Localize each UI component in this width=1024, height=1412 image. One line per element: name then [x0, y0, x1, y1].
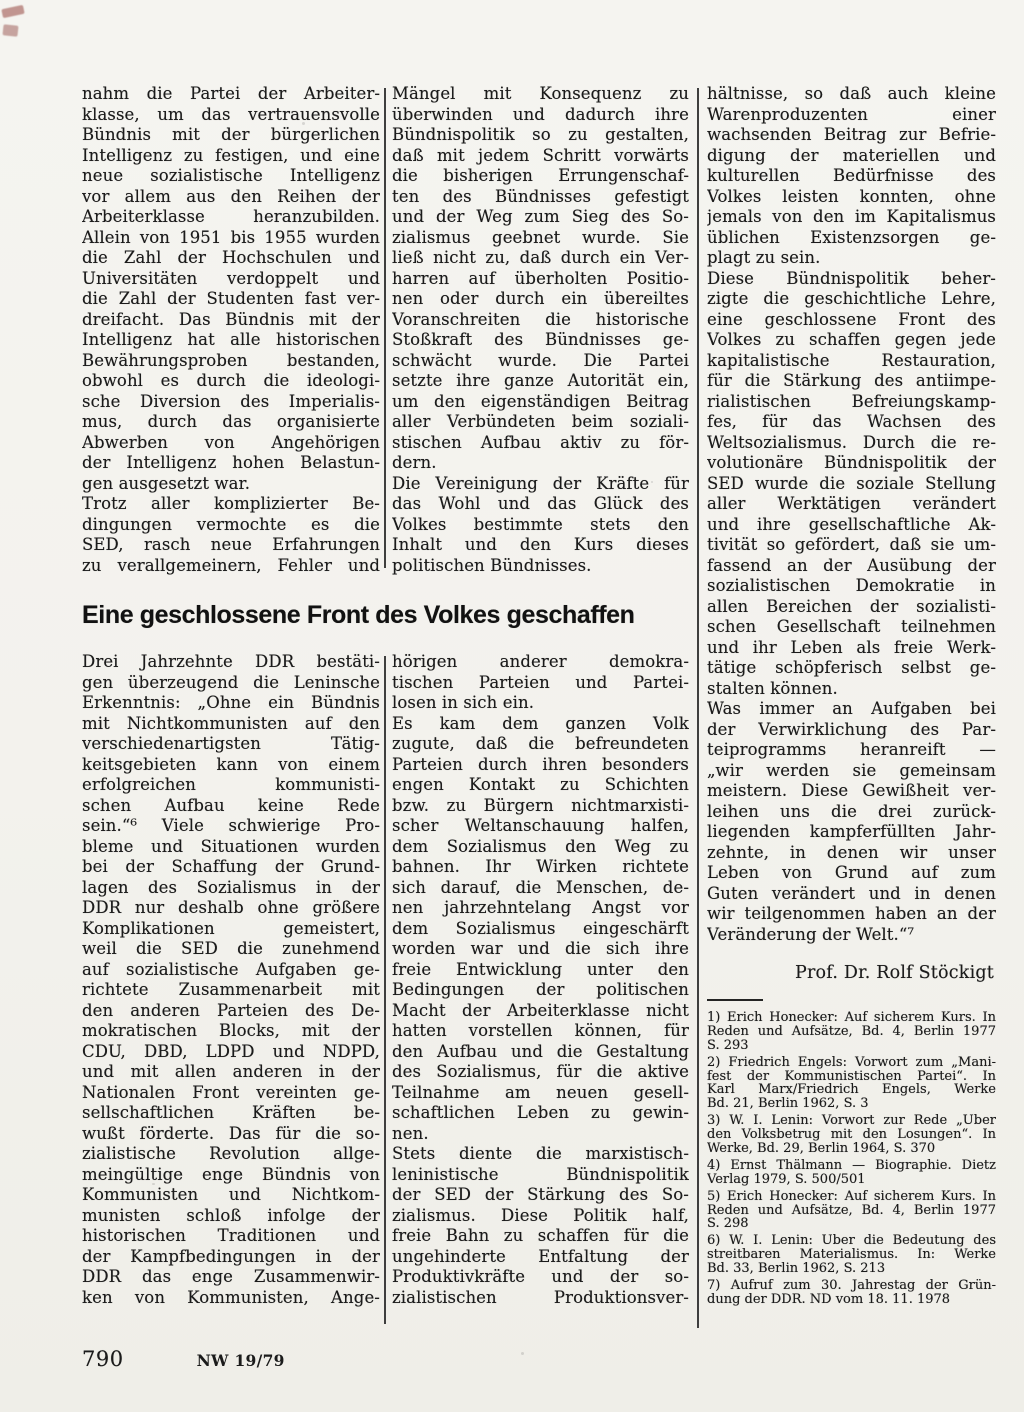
text-line: 1) Erich Honecker: Auf sicherem Kurs. In	[707, 1011, 996, 1025]
text-line: vor allem aus den Reihen der	[82, 187, 380, 208]
text-line: Die Vereinigung der Kräfte für	[392, 474, 689, 495]
text-line: Produktivkräfte und der so-	[392, 1267, 689, 1288]
text-line: freie Bahn zu schaffen für die	[392, 1226, 689, 1247]
text-line: um den eigenständigen Beitrag	[392, 392, 689, 413]
text-line: 2) Friedrich Engels: Vorwort zum „Mani-	[707, 1056, 996, 1070]
text-line: tischen Parteien und Partei-	[392, 673, 689, 694]
paragraph: Drei Jahrzehnte DDR bestäti-gen überzeug…	[82, 652, 380, 1308]
text-line: mokratischen Blocks, mit der	[82, 1021, 380, 1042]
text-line: 7) Aufruf zum 30. Jahrestag der Grün-	[707, 1279, 996, 1293]
text-line: Voranschreiten die historische	[392, 310, 689, 331]
text-line: nahm die Partei der Arbeiter-	[82, 84, 380, 105]
text-line: die bisherigen Errungenschaf-	[392, 166, 689, 187]
text-line: wir teilgenommen haben an der	[707, 904, 996, 925]
text-line: des Sozialismus, für die aktive	[392, 1062, 689, 1083]
text-line: volutionäre Bündnispolitik der	[707, 453, 996, 474]
text-line: nen.	[392, 1124, 689, 1145]
paragraph: 3) W. I. Lenin: Vorwort zur Rede „Überde…	[707, 1114, 996, 1156]
text-line: stalten können.	[707, 679, 996, 700]
text-line: ließ nicht zu, daß durch ein Ver-	[392, 248, 689, 269]
text-line: Komplikationen gemeistert,	[82, 919, 380, 940]
right-text-column: hältnisse, so daß auch kleineWarenproduz…	[707, 84, 996, 1307]
text-line: leihen uns die drei zurück-	[707, 802, 996, 823]
text-line: bei der Schaffung der Grund-	[82, 857, 380, 878]
text-line: Bd. 21, Berlin 1962, S. 3	[707, 1097, 996, 1111]
text-line: Abwerben von Angehörigen	[82, 433, 380, 454]
text-line: gen ausgesetzt war.	[82, 474, 380, 495]
text-line: die Zahl der Studenten fast ver-	[82, 289, 380, 310]
text-line: der Kampfbedingungen in der	[82, 1247, 380, 1268]
text-line: 4) Ernst Thälmann — Biographie. Dietz	[707, 1159, 996, 1173]
text-line: Werke, Bd. 29, Berlin 1964, S. 370	[707, 1142, 996, 1156]
text-line: richtete Zusammenarbeit mit	[82, 980, 380, 1001]
text-line: 5) Erich Honecker: Auf sicherem Kurs. In	[707, 1190, 996, 1204]
paragraph: 4) Ernst Thälmann — Biographie. DietzVer…	[707, 1159, 996, 1187]
text-line: den Volksbetrug mit den Losungen“. In	[707, 1128, 996, 1142]
text-line: zialistischen Produktionsver-	[392, 1288, 689, 1309]
column-divider-right	[697, 88, 699, 1328]
text-line: scher Weltanschauung halfen,	[392, 816, 689, 837]
text-line: meistern. Diese Gewißheit ver-	[707, 781, 996, 802]
paragraph: Die Vereinigung der Kräfte fürdas Wohl u…	[392, 474, 689, 577]
text-line: zialistische Revolution allge-	[82, 1144, 380, 1165]
text-line: und mit allen anderen in der	[82, 1062, 380, 1083]
text-line: hältnisse, so daß auch kleine	[707, 84, 996, 105]
text-line: worden war und die sich ihre	[392, 939, 689, 960]
text-line: lagen des Sozialismus in der	[82, 878, 380, 899]
text-line: das Wohl und das Glück des	[392, 494, 689, 515]
text-line: die Zahl der Hochschulen und	[82, 248, 380, 269]
text-line: obwohl es durch die ideologi-	[82, 371, 380, 392]
paragraph: 5) Erich Honecker: Auf sicherem Kurs. In…	[707, 1190, 996, 1232]
column-divider-upper-left	[384, 88, 386, 568]
text-line: Bd. 33, Berlin 1962, S. 213	[707, 1262, 996, 1276]
text-line: üblichen Existenzsorgen ge-	[707, 228, 996, 249]
text-line: fest der Kommunistischen Partei“. In	[707, 1070, 996, 1084]
text-line: munisten schloß infolge der	[82, 1206, 380, 1227]
text-line: keitsgebieten kann von einem	[82, 755, 380, 776]
text-line: zialismus geebnet wurde. Sie	[392, 228, 689, 249]
text-line: Veränderung der Welt.“⁷	[707, 925, 996, 946]
text-line: Drei Jahrzehnte DDR bestäti-	[82, 652, 380, 673]
paragraph: Trotz aller komplizierter Be-dingungen v…	[82, 494, 380, 576]
text-line: S. 298	[707, 1217, 996, 1231]
text-line: Volkes zu schaffen gegen jede	[707, 330, 996, 351]
text-line: dem Sozialismus eingeschärft	[392, 919, 689, 940]
text-line: engen Kontakt zu Schichten	[392, 775, 689, 796]
text-line: Mängel mit Konsequenz zu	[392, 84, 689, 105]
text-line: weil die SED die zunehmend	[82, 939, 380, 960]
text-line: der Intelligenz hohen Belastun-	[82, 453, 380, 474]
page-footer: 790 NW 19/79	[82, 1347, 285, 1371]
text-line: Bündnispolitik so zu gestalten,	[392, 125, 689, 146]
text-line: SED, rasch neue Erfahrungen	[82, 535, 380, 556]
text-line: Parteien durch ihren besonders	[392, 755, 689, 776]
text-line: eine geschlossene Front des	[707, 310, 996, 331]
footnote-separator	[707, 999, 763, 1001]
text-line: für die Stärkung des antiimpe-	[707, 371, 996, 392]
text-line: 6) W. I. Lenin: Über die Bedeutung des	[707, 1234, 996, 1248]
text-line: tätige schöpferisch selbst ge-	[707, 658, 996, 679]
text-line: teiprogramms heranreift —	[707, 740, 996, 761]
text-line: gen überzeugend die Leninsche	[82, 673, 380, 694]
text-line: Reden und Aufsätze, Bd. 4, Berlin 1977	[707, 1204, 996, 1218]
text-line: kapitalistische Restauration,	[707, 351, 996, 372]
text-line: Volkes leisten konnten, ohne	[707, 187, 996, 208]
text-line: streitbaren Materialismus. In: Werke	[707, 1248, 996, 1262]
text-line: leninistische Bündnispolitik	[392, 1165, 689, 1186]
text-line: dingungen vermochte es die	[82, 515, 380, 536]
text-line: plagt zu sein.	[707, 248, 996, 269]
text-line: Erkenntnis: „Ohne ein Bündnis	[82, 693, 380, 714]
text-line: Universitäten verdoppelt und	[82, 269, 380, 290]
text-line: sein.“⁶ Viele schwierige Pro-	[82, 816, 380, 837]
issue-label: NW 19/79	[197, 1351, 285, 1370]
paragraph: 2) Friedrich Engels: Vorwort zum „Mani-f…	[707, 1056, 996, 1112]
text-line: überwinden und dadurch ihre	[392, 105, 689, 126]
text-line: stischen Aufbau aktiv zu för-	[392, 433, 689, 454]
text-line: und ihr Leben als freie Werk-	[707, 638, 996, 659]
page-number: 790	[82, 1347, 124, 1371]
text-line: Es kam dem ganzen Volk	[392, 714, 689, 735]
text-line: den anderen Parteien des De-	[82, 1001, 380, 1022]
text-line: setzte ihre ganze Autorität ein,	[392, 371, 689, 392]
scan-artifact	[2, 24, 18, 37]
text-line: Reden und Aufsätze, Bd. 4, Berlin 1977	[707, 1025, 996, 1039]
text-line: allen Bereichen der sozialisti-	[707, 597, 996, 618]
article-heading: Eine geschlossene Front des Volkes gesch…	[82, 601, 722, 630]
text-line: daß mit jedem Schritt vorwärts	[392, 146, 689, 167]
text-line: aller Werktätigen verändert	[707, 494, 996, 515]
upper-text-column-1: nahm die Partei der Arbeiter-klasse, um …	[82, 84, 380, 576]
text-line: Macht der Arbeiterklasse nicht	[392, 1001, 689, 1022]
paragraph: Diese Bündnispolitik beher-zigte die ges…	[707, 269, 996, 700]
text-line: Stoßkraft des Bündnisses ge-	[392, 330, 689, 351]
paragraph: Was immer an Aufgaben beider Verwirklich…	[707, 699, 996, 945]
text-line: den Aufbau und die Gestaltung	[392, 1042, 689, 1063]
text-line: Stets diente die marxistisch-	[392, 1144, 689, 1165]
paragraph: hörigen anderer demokra-tischen Parteien…	[392, 652, 689, 714]
lower-text-column-1: Drei Jahrzehnte DDR bestäti-gen überzeug…	[82, 652, 380, 1308]
text-line: erfolgreichen kommunisti-	[82, 775, 380, 796]
text-line: und der Weg zum Sieg des So-	[392, 207, 689, 228]
text-line: der Verwirklichung des Par-	[707, 720, 996, 741]
text-line: wachsenden Beitrag zur Befrie-	[707, 125, 996, 146]
text-line: fassend an der Ausübung der	[707, 556, 996, 577]
text-line: rialistischen Befreiungskamp-	[707, 392, 996, 413]
text-line: Karl Marx/Friedrich Engels, Werke	[707, 1083, 996, 1097]
right-column-body: hältnisse, so daß auch kleineWarenproduz…	[707, 84, 996, 945]
text-line: mit Nichtkommunisten auf den	[82, 714, 380, 735]
text-line: hatten vorstellen können, für	[392, 1021, 689, 1042]
text-line: Kommunisten und Nichtkom-	[82, 1185, 380, 1206]
text-line: der SED der Stärkung des So-	[392, 1185, 689, 1206]
text-line: losen in sich ein.	[392, 693, 689, 714]
byline: Prof. Dr. Rolf Stöckigt	[707, 963, 996, 983]
text-line: zugute, daß die befreundeten	[392, 734, 689, 755]
text-line: dem Sozialismus den Weg zu	[392, 837, 689, 858]
text-line: Nationalen Front vereinten ge-	[82, 1083, 380, 1104]
paragraph: nahm die Partei der Arbeiter-klasse, um …	[82, 84, 380, 494]
text-line: DDR nur deshalb ohne größere	[82, 898, 380, 919]
text-line: Inhalt und den Kurs dieses	[392, 535, 689, 556]
text-line: Warenproduzenten einer	[707, 105, 996, 126]
footnotes-block: 1) Erich Honecker: Auf sicherem Kurs. In…	[707, 1011, 996, 1307]
text-line: schwächt wurde. Die Partei	[392, 351, 689, 372]
text-line: sellschaftlichen Kräften be-	[82, 1103, 380, 1124]
paragraph: Es kam dem ganzen Volkzugute, daß die be…	[392, 714, 689, 1145]
text-line: zigte die geschichtliche Lehre,	[707, 289, 996, 310]
paragraph: 7) Aufruf zum 30. Jahrestag der Grün-dun…	[707, 1279, 996, 1307]
text-line: Volkes bestimmte stets den	[392, 515, 689, 536]
text-line: S. 293	[707, 1039, 996, 1053]
text-line: hörigen anderer demokra-	[392, 652, 689, 673]
text-line: Leben von Grund auf zum	[707, 863, 996, 884]
text-line: Bedingungen der politischen	[392, 980, 689, 1001]
text-line: schaftlichen Leben zu gewin-	[392, 1103, 689, 1124]
text-line: politischen Bündnisses.	[392, 556, 689, 577]
text-line: ken von Kommunisten, Ange-	[82, 1288, 380, 1309]
text-line: schen Aufbau keine Rede	[82, 796, 380, 817]
text-line: harren auf überholten Positio-	[392, 269, 689, 290]
text-line: DDR das enge Zusammenwir-	[82, 1267, 380, 1288]
text-line: und ihre gesellschaftliche Ak-	[707, 515, 996, 536]
text-line: Was immer an Aufgaben bei	[707, 699, 996, 720]
text-line: SED wurde die soziale Stellung	[707, 474, 996, 495]
text-line: bleme und Situationen wurden	[82, 837, 380, 858]
text-line: jemals von den im Kapitalismus	[707, 207, 996, 228]
scan-artifact	[1, 5, 24, 18]
text-line: Bewährungsproben bestanden,	[82, 351, 380, 372]
text-line: digung der materiellen und	[707, 146, 996, 167]
text-line: sich darauf, die Menschen, de-	[392, 878, 689, 899]
text-line: auf sozialistische Aufgaben ge-	[82, 960, 380, 981]
text-line: „wir werden sie gemeinsam	[707, 761, 996, 782]
text-line: Intelligenz hat alle historischen	[82, 330, 380, 351]
text-line: bahnen. Ihr Wirken richtete	[392, 857, 689, 878]
text-line: zehnte, in denen wir unser	[707, 843, 996, 864]
text-line: Arbeiterklasse heranzubilden.	[82, 207, 380, 228]
paragraph: Mängel mit Konsequenz zuüberwinden und d…	[392, 84, 689, 474]
text-line: Allein von 1951 bis 1955 wurden	[82, 228, 380, 249]
text-line: Weltsozialismus. Durch die re-	[707, 433, 996, 454]
text-line: Diese Bündnispolitik beher-	[707, 269, 996, 290]
text-line: dern.	[392, 453, 689, 474]
text-line: dreifacht. Das Bündnis mit der	[82, 310, 380, 331]
paragraph: Stets diente die marxistisch-leninistisc…	[392, 1144, 689, 1308]
text-line: zialismus. Diese Politik half,	[392, 1206, 689, 1227]
text-line: schen Gesellschaft teilnehmen	[707, 617, 996, 638]
text-line: neue sozialistische Intelligenz	[82, 166, 380, 187]
lower-text-column-2: hörigen anderer demokra-tischen Parteien…	[392, 652, 689, 1308]
text-line: bzw. zu Bürgern nichtmarxisti-	[392, 796, 689, 817]
text-line: meingültige enge Bündnis von	[82, 1165, 380, 1186]
text-line: nen jahrzehntelang Angst vor	[392, 898, 689, 919]
text-line: mus, durch das organisierte	[82, 412, 380, 433]
text-line: aller Verbündeten beim soziali-	[392, 412, 689, 433]
text-line: Verlag 1979, S. 500/501	[707, 1173, 996, 1187]
upper-text-column-2: Mängel mit Konsequenz zuüberwinden und d…	[392, 84, 689, 576]
text-line: zu verallgemeinern, Fehler und	[82, 556, 380, 577]
text-line: sozialistischen Demokratie in	[707, 576, 996, 597]
text-line: verschiedenartigsten Tätig-	[82, 734, 380, 755]
text-line: Trotz aller komplizierter Be-	[82, 494, 380, 515]
scan-speck	[521, 1352, 524, 1355]
text-line: fes, für das Wachsen des	[707, 412, 996, 433]
text-line: Bündnis mit der bürgerlichen	[82, 125, 380, 146]
text-line: historischen Traditionen und	[82, 1226, 380, 1247]
text-line: Teilnahme am neuen gesell-	[392, 1083, 689, 1104]
text-line: 3) W. I. Lenin: Vorwort zur Rede „Über	[707, 1114, 996, 1128]
text-line: freie Entwicklung unter den	[392, 960, 689, 981]
text-line: liegenden kampferfüllten Jahr-	[707, 822, 996, 843]
text-line: kulturellen Bedürfnisse des	[707, 166, 996, 187]
paragraph: hältnisse, so daß auch kleineWarenproduz…	[707, 84, 996, 269]
text-line: sche Diversion des Imperialis-	[82, 392, 380, 413]
text-line: Intelligenz zu festigen, und eine	[82, 146, 380, 167]
paragraph: 6) W. I. Lenin: Über die Bedeutung desst…	[707, 1234, 996, 1276]
text-line: CDU, DBD, LDPD und NDPD,	[82, 1042, 380, 1063]
text-line: klasse, um das vertrauensvolle	[82, 105, 380, 126]
text-line: Guten verändert und in denen	[707, 884, 996, 905]
paragraph: 1) Erich Honecker: Auf sicherem Kurs. In…	[707, 1011, 996, 1053]
text-line: wußt förderte. Das für die so-	[82, 1124, 380, 1145]
text-line: dung der DDR. ND vom 18. 11. 1978	[707, 1293, 996, 1307]
column-divider-lower-left	[384, 656, 386, 1324]
text-line: ungehinderte Entfaltung der	[392, 1247, 689, 1268]
text-line: nen oder durch ein übereiltes	[392, 289, 689, 310]
scanned-magazine-page: nahm die Partei der Arbeiter-klasse, um …	[0, 0, 1024, 1412]
text-line: tivität so gefördert, daß sie um-	[707, 535, 996, 556]
text-line: ten des Bündnisses gefestigt	[392, 187, 689, 208]
